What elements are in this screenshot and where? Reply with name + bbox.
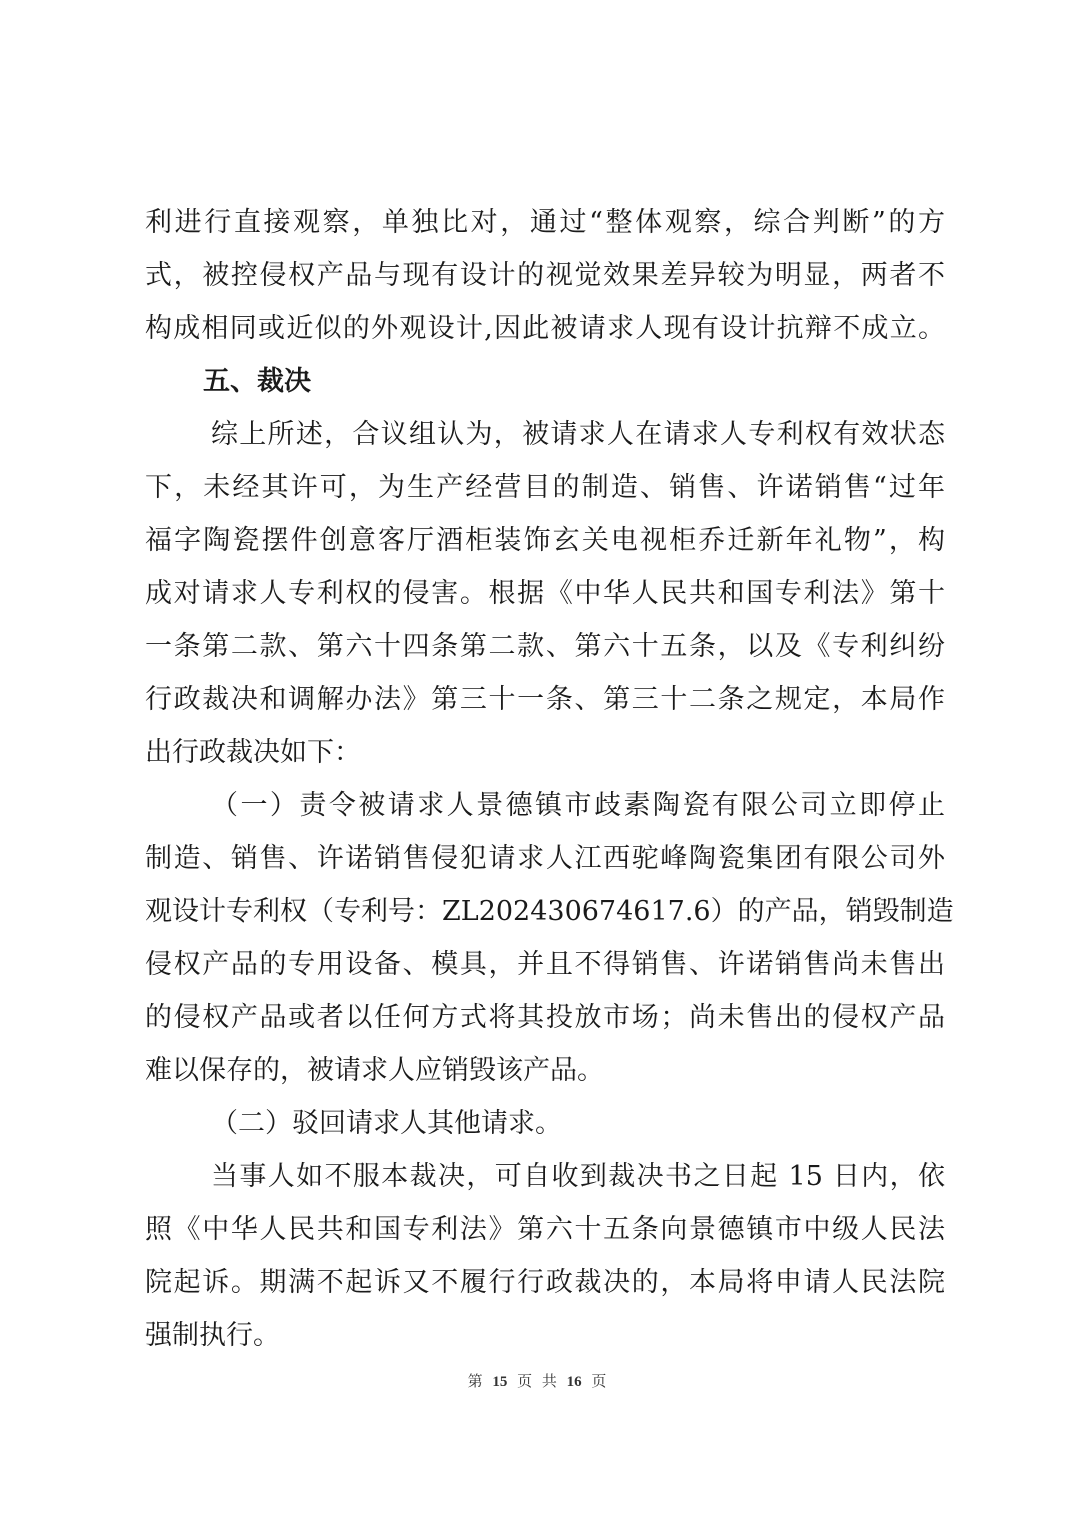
text-line: 照《中华人民共和国专利法》第六十五条向景德镇市中级人民法: [145, 1203, 945, 1256]
total-pages-number: 16: [567, 1374, 582, 1390]
paragraph-start-line: 当事人如不服本裁决，可自收到裁决书之日起 15 日内，依: [145, 1150, 945, 1203]
ruling-item-1-start: （一）责令被请求人景德镇市歧素陶瓷有限公司立即停止: [145, 779, 945, 832]
page-label-suffix: 页: [591, 1374, 606, 1390]
page-label-prefix: 第: [468, 1374, 483, 1390]
text-line: 利进行直接观察，单独比对，通过“整体观察，综合判断”的方: [145, 196, 945, 249]
text-line: 下，未经其许可，为生产经营目的制造、销售、许诺销售“过年: [145, 461, 945, 514]
ruling-item-2: （二）驳回请求人其他请求。: [145, 1097, 945, 1150]
document-page: 利进行直接观察，单独比对，通过“整体观察，综合判断”的方 式，被控侵权产品与现有…: [0, 0, 1074, 1520]
text-line: 行政裁决和调解办法》第三十一条、第三十二条之规定，本局作: [145, 673, 945, 726]
text-line: 院起诉。期满不起诉又不履行行政裁决的，本局将申请人民法院: [145, 1256, 945, 1309]
paragraph-end-line: 出行政裁决如下：: [145, 726, 945, 779]
page-footer: 第 15 页 共 16 页: [0, 1370, 1074, 1391]
section-heading: 五、裁决: [145, 355, 945, 408]
paragraph-start-line: 综上所述，合议组认为，被请求人在请求人专利权有效状态: [145, 408, 945, 461]
text-line: 侵权产品的专用设备、模具，并且不得销售、许诺销售尚未售出: [145, 938, 945, 991]
text-line: 福字陶瓷摆件创意客厅酒柜装饰玄关电视柜乔迁新年礼物”，构: [145, 514, 945, 567]
text-line: 一条第二款、第六十四条第二款、第六十五条，以及《专利纠纷: [145, 620, 945, 673]
text-line: 制造、销售、许诺销售侵犯请求人江西驼峰陶瓷集团有限公司外: [145, 832, 945, 885]
document-body: 利进行直接观察，单独比对，通过“整体观察，综合判断”的方 式，被控侵权产品与现有…: [145, 196, 945, 1362]
text-line: 的侵权产品或者以任何方式将其投放市场；尚未售出的侵权产品: [145, 991, 945, 1044]
text-line: 成对请求人专利权的侵害。根据《中华人民共和国专利法》第十: [145, 567, 945, 620]
text-line: 构成相同或近似的外观设计,因此被请求人现有设计抗辩不成立。: [145, 302, 945, 355]
paragraph-end-line: 强制执行。: [145, 1309, 945, 1362]
text-line: 观设计专利权（专利号：ZL202430674617.6）的产品，销毁制造: [145, 885, 945, 938]
current-page-number: 15: [492, 1374, 507, 1390]
page-label-middle: 页 共: [517, 1374, 557, 1390]
text-line: 式，被控侵权产品与现有设计的视觉效果差异较为明显，两者不: [145, 249, 945, 302]
paragraph-end-line: 难以保存的，被请求人应销毁该产品。: [145, 1044, 945, 1097]
